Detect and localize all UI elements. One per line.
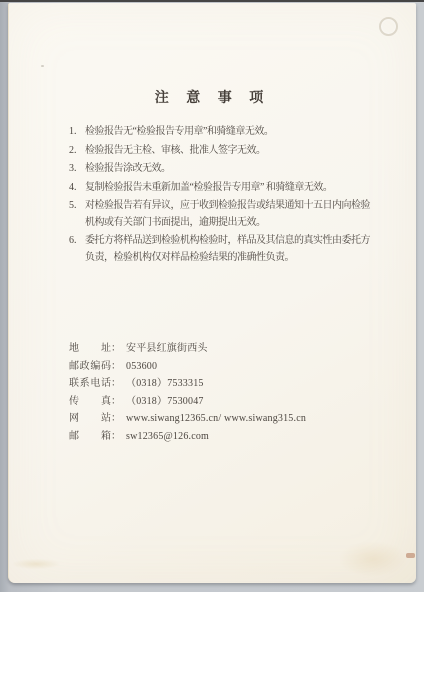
paper-stain <box>338 541 408 577</box>
contact-value: sw12365@126.com <box>126 428 209 446</box>
contact-label: 网站 <box>69 410 111 428</box>
contact-colon: ： <box>111 375 121 393</box>
scanner-background: 注 意 事 项 1. 检验报告无“检验报告专用章”和骑缝章无效。 2. 检验报告… <box>0 0 424 592</box>
contact-colon: ： <box>111 358 121 376</box>
notice-number: 2. <box>69 143 85 160</box>
notice-number: 1. <box>69 124 85 141</box>
notice-text: 对检验报告若有异议，应于收到检验报告或结果通知十五日内向检验机构或有关部门书面提… <box>85 198 375 231</box>
scanned-notice-page: { "document": { "title": "注 意 事 项", "not… <box>0 0 424 700</box>
contact-label: 邮箱 <box>69 428 111 446</box>
contact-label: 邮政编码 <box>69 358 111 376</box>
notice-item: 1. 检验报告无“检验报告专用章”和骑缝章无效。 <box>69 124 375 141</box>
contact-value: 安平县红旗街西头 <box>126 340 208 358</box>
contact-label: 地址 <box>69 340 111 358</box>
notice-item: 2. 检验报告无主检、审核、批准人签字无效。 <box>69 143 375 160</box>
notice-item: 3. 检验报告涂改无效。 <box>69 161 375 178</box>
dust-speck <box>41 65 44 67</box>
contact-row-website: 网站：www.siwang12365.cn/ www.siwang315.cn <box>69 410 306 428</box>
notice-text: 委托方将样品送到检验机构检验时，样品及其信息的真实性由委托方负责，检验机构仅对样… <box>85 233 375 266</box>
contact-label: 联系电话 <box>69 375 111 393</box>
notice-text: 检验报告无主检、审核、批准人签字无效。 <box>85 143 375 160</box>
notice-text: 检验报告无“检验报告专用章”和骑缝章无效。 <box>85 124 375 141</box>
contact-row-address: 地址：安平县红旗街西头 <box>69 340 306 358</box>
notice-text: 复制检验报告未重新加盖“检验报告专用章” 和骑缝章无效。 <box>85 180 375 197</box>
notice-number: 6. <box>69 233 85 266</box>
contact-row-email: 邮箱：sw12365@126.com <box>69 428 306 446</box>
notice-list: 1. 检验报告无“检验报告专用章”和骑缝章无效。 2. 检验报告无主检、审核、批… <box>69 124 375 268</box>
contact-colon: ： <box>111 410 121 428</box>
notice-item: 4. 复制检验报告未重新加盖“检验报告专用章” 和骑缝章无效。 <box>69 180 375 197</box>
staple-ring-mark <box>379 17 398 36</box>
page-title: 注 意 事 项 <box>9 87 416 107</box>
contact-row-phone: 联系电话：（0318）7533315 <box>69 375 306 393</box>
contact-row-postcode: 邮政编码：053600 <box>69 358 306 376</box>
contact-label: 传真 <box>69 393 111 411</box>
contact-value: www.siwang12365.cn/ www.siwang315.cn <box>126 410 306 428</box>
notice-item: 6. 委托方将样品送到检验机构检验时，样品及其信息的真实性由委托方负责，检验机构… <box>69 233 375 266</box>
notice-item: 5. 对检验报告若有异议，应于收到检验报告或结果通知十五日内向检验机构或有关部门… <box>69 198 375 231</box>
contact-info-block: 地址：安平县红旗街西头 邮政编码：053600 联系电话：（0318）75333… <box>69 340 306 446</box>
notice-number: 3. <box>69 161 85 178</box>
paper-smudge <box>13 559 59 569</box>
notice-text: 检验报告涂改无效。 <box>85 161 375 178</box>
contact-value: （0318）7533315 <box>126 375 204 393</box>
contact-value: 053600 <box>126 358 157 376</box>
red-edge-stain <box>406 553 415 558</box>
contact-colon: ： <box>111 428 121 446</box>
contact-colon: ： <box>111 393 121 411</box>
notice-number: 4. <box>69 180 85 197</box>
contact-value: （0318）7530047 <box>126 393 204 411</box>
notice-number: 5. <box>69 198 85 231</box>
paper-sheet: 注 意 事 项 1. 检验报告无“检验报告专用章”和骑缝章无效。 2. 检验报告… <box>8 3 416 583</box>
contact-colon: ： <box>111 340 121 358</box>
scanner-top-edge <box>0 0 424 2</box>
contact-row-fax: 传真：（0318）7530047 <box>69 393 306 411</box>
